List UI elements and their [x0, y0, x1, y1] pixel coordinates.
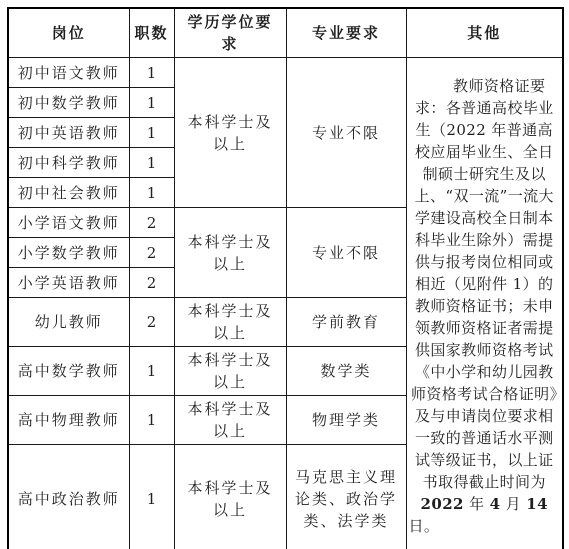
recruitment-table-page: 岗位 职数 学历学位要 求 专业要求 其他 初中语文教师 1 本科学士及 以上 …	[0, 0, 569, 549]
count-cell: 2	[129, 238, 174, 268]
position-cell: 初中语文教师	[8, 58, 129, 88]
position-cell: 高中政治教师	[8, 445, 129, 549]
count-cell: 1	[129, 396, 174, 445]
count-cell: 1	[129, 347, 174, 396]
count-cell: 1	[129, 178, 174, 208]
education-cell: 本科学士及 以上	[174, 347, 286, 396]
position-cell: 初中社会教师	[8, 178, 129, 208]
col-header-count: 职数	[129, 8, 174, 58]
other-requirements-cell: 教师资格证要求：各普通高校毕业生（2022 年普通高校应届毕业生、全日制硕士研究…	[406, 58, 563, 549]
education-cell: 本科学士及 以上	[174, 445, 286, 549]
education-cell-primary: 本科学士及 以上	[174, 208, 286, 298]
count-cell: 2	[129, 208, 174, 238]
position-cell: 小学数学教师	[8, 238, 129, 268]
position-cell: 幼儿教师	[8, 298, 129, 347]
education-cell: 本科学士及 以上	[174, 396, 286, 445]
position-cell: 高中物理教师	[8, 396, 129, 445]
recruitment-table: 岗位 职数 学历学位要 求 专业要求 其他 初中语文教师 1 本科学士及 以上 …	[7, 7, 564, 549]
count-cell: 1	[129, 445, 174, 549]
count-cell: 2	[129, 298, 174, 347]
count-cell: 1	[129, 88, 174, 118]
position-cell: 初中数学教师	[8, 88, 129, 118]
position-cell: 初中英语教师	[8, 118, 129, 148]
count-cell: 2	[129, 268, 174, 298]
col-header-education: 学历学位要 求	[174, 8, 286, 58]
count-cell: 1	[129, 148, 174, 178]
major-cell-primary: 专业不限	[286, 208, 406, 298]
education-cell-junior: 本科学士及 以上	[174, 58, 286, 208]
position-cell: 小学英语教师	[8, 268, 129, 298]
table-row: 初中语文教师 1 本科学士及 以上 专业不限 教师资格证要求：各普通高校毕业生（…	[8, 58, 563, 88]
count-cell: 1	[129, 58, 174, 88]
major-cell: 物理学类	[286, 396, 406, 445]
col-header-position: 岗位	[8, 8, 129, 58]
col-header-major: 专业要求	[286, 8, 406, 58]
col-header-other: 其他	[406, 8, 563, 58]
position-cell: 初中科学教师	[8, 148, 129, 178]
education-cell: 本科学士及 以上	[174, 298, 286, 347]
major-cell: 数学类	[286, 347, 406, 396]
major-cell: 学前教育	[286, 298, 406, 347]
major-cell-junior: 专业不限	[286, 58, 406, 208]
header-row: 岗位 职数 学历学位要 求 专业要求 其他	[8, 8, 563, 58]
count-cell: 1	[129, 118, 174, 148]
major-cell: 马克思主义理 论类、政治学 类、法学类	[286, 445, 406, 549]
position-cell: 高中数学教师	[8, 347, 129, 396]
position-cell: 小学语文教师	[8, 208, 129, 238]
